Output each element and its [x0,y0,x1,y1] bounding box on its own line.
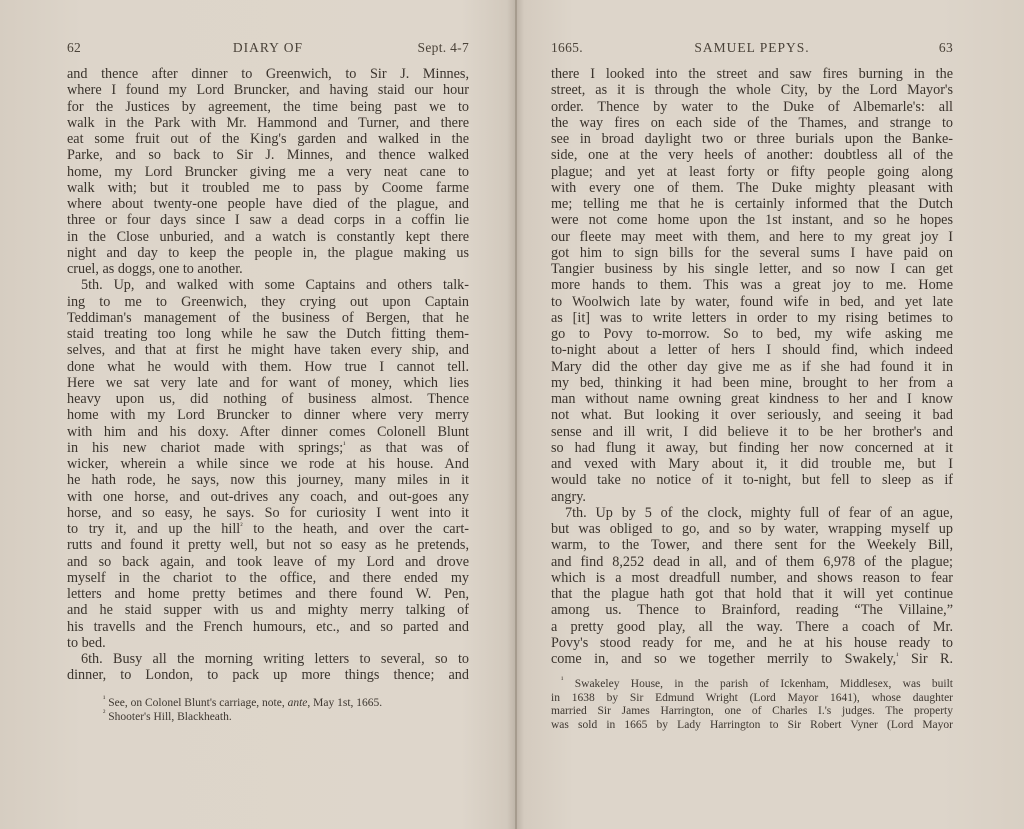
right-body-text: there I looked into the street and saw f… [551,66,953,667]
text-line: dinner, to London, to pack up more thing… [67,667,469,683]
text-line: our fleete may meet with them, and here … [551,229,953,245]
text-line: man without name owning great kindness t… [551,391,953,407]
text-line: with one horse, and out-drives any coach… [67,489,469,505]
text-line: not what. But looking it over seriously,… [551,407,953,423]
book-gutter [515,0,517,829]
text-line: walk in the Park with Mr. Hammond and Tu… [67,115,469,131]
text-line: home, my Lord Bruncker giving me a very … [67,164,469,180]
text-line: 7th. Up by 5 of the clock, mighty full o… [551,505,953,521]
text-line: cruel, as doggs, one to another. [67,261,469,277]
text-line: heavy upon us, did nothing of business a… [67,391,469,407]
right-page: 1665. SAMUEL PEPYS. 63 there I looked in… [551,0,953,829]
left-page: 62 DIARY OF Sept. 4-7 and thence after d… [67,0,469,829]
running-title: SAMUEL PEPYS. [551,40,953,56]
text-line: sense and ill writ, I did believe it to … [551,424,953,440]
text-line: there I looked into the street and saw f… [551,66,953,82]
footnote-line: ¹ Swakeley House, in the parish of Icken… [551,678,953,692]
text-line: rutts and found it pretty well, but not … [67,537,469,553]
left-footnotes: ¹ See, on Colonel Blunt's carriage, note… [67,697,469,724]
right-footnotes: ¹ Swakeley House, in the parish of Icken… [551,678,953,732]
text-line: for the Justices by agreement, the time … [67,99,469,115]
text-line: Parke, and so back to Sir J. Minnes, and… [67,147,469,163]
text-line: side, one at the very heels of another: … [551,147,953,163]
text-line: horse, and so easy, he says. So for curi… [67,505,469,521]
text-line: home with my Lord Bruncker to dinner whe… [67,407,469,423]
text-line: and so back again, and took leave of my … [67,554,469,570]
text-line: among us. Thence to Brainford, reading “… [551,602,953,618]
text-line: so had flung it away, but finding her no… [551,440,953,456]
text-line: he hath rode, he says, now this journey,… [67,472,469,488]
text-line: myself in the chariot to the office, and… [67,570,469,586]
text-line: to bed. [67,635,469,651]
text-line: 5th. Up, and walked with some Captains a… [67,277,469,293]
left-running-head: 62 DIARY OF Sept. 4-7 [67,40,469,58]
page-number: 63 [939,40,953,56]
text-line: go to Povy to-morrow. So to bed, my wife… [551,326,953,342]
text-line: eat some fruit out of the King's garden … [67,131,469,147]
text-line: see in broad daylight two or three buria… [551,131,953,147]
text-line: a pretty good play, all the way. There a… [551,619,953,635]
text-line: me; telling me that he is certainly info… [551,196,953,212]
text-line: where I found my Lord Bruncker, and havi… [67,82,469,98]
text-line: Tangier business by his single letter, a… [551,261,953,277]
text-line: as [it] was to write letters in order to… [551,310,953,326]
text-line: and he staid supper with us and mighty m… [67,602,469,618]
text-line: plague; and yet at least forty or fifty … [551,164,953,180]
text-line: staid treating too long while he saw the… [67,326,469,342]
text-line: come in, and so we together merrily to S… [551,651,953,667]
text-line: the way fires on each side of the Thames… [551,115,953,131]
text-line: with him and his doxy. After dinner come… [67,424,469,440]
text-line: selves, and that at first he might have … [67,342,469,358]
book-spread: 62 DIARY OF Sept. 4-7 and thence after d… [0,0,1024,829]
text-line: letters and home pretty betimes and ther… [67,586,469,602]
text-line: walk with; but it troubled me to pass by… [67,180,469,196]
text-line: my bed, thinking it had been mine, broug… [551,375,953,391]
text-line: Mary did the other day give me as if she… [551,359,953,375]
text-line: more hands to them. This was a great joy… [551,277,953,293]
text-line: that the plague hath got that hold that … [551,586,953,602]
text-line: Teddiman's management of the business of… [67,310,469,326]
left-body-text: and thence after dinner to Greenwich, to… [67,66,469,684]
text-line: his travells and the French humours, etc… [67,619,469,635]
text-line: would take no notice of it to-night, but… [551,472,953,488]
text-line: wicker, wherein a while since we rode at… [67,456,469,472]
text-line: angry. [551,489,953,505]
text-line: to Woolwich late by water, found wife in… [551,294,953,310]
right-running-head: 1665. SAMUEL PEPYS. 63 [551,40,953,58]
text-line: and thence after dinner to Greenwich, to… [67,66,469,82]
text-line: night and day to keep the people in, the… [67,245,469,261]
text-line: with every one of them. The Duke mighty … [551,180,953,196]
text-line: to try it, and up the hill² to the heath… [67,521,469,537]
text-line: got him to sign bills for the several su… [551,245,953,261]
text-line: warm, to the Tower, and there sent for t… [551,537,953,553]
text-line: Here we sat very late and for want of mo… [67,375,469,391]
running-title: DIARY OF [67,40,469,56]
text-line: and find 8,252 dead in all, and of them … [551,554,953,570]
text-line: where about twenty-one people have died … [67,196,469,212]
footnote: ² Shooter's Hill, Blackheath. [103,711,469,725]
text-line: which is a most dreadfull number, and sh… [551,570,953,586]
text-line: done what he would with them. How true I… [67,359,469,375]
text-line: 6th. Busy all the morning writing letter… [67,651,469,667]
text-line: in the Close unburied, and a watch is co… [67,229,469,245]
text-line: ing to me to Greenwich, they crying out … [67,294,469,310]
text-line: but was obliged to go, and so by water, … [551,521,953,537]
text-line: order. Thence by water to the Duke of Al… [551,99,953,115]
text-line: to-night about a letter of hers I should… [551,342,953,358]
text-line: in his new chariot made with springs;¹ a… [67,440,469,456]
date-range: Sept. 4-7 [418,40,469,56]
footnote-line: married Sir James Harrington, one of Cha… [551,705,953,719]
text-line: street, as it is through the whole City,… [551,82,953,98]
footnote-line: was sold in 1665 by Lady Harrington to S… [551,719,953,733]
text-line: three or four days since I saw a dead co… [67,212,469,228]
text-line: were not come home upon the 1st instant,… [551,212,953,228]
text-line: Povy's stood ready for me, and he at his… [551,635,953,651]
text-line: and vexed with Mary about it, it did tro… [551,456,953,472]
footnote: ¹ See, on Colonel Blunt's carriage, note… [103,697,469,711]
footnote-line: in 1638 by Sir Edmund Wright (Lord Mayor… [551,692,953,706]
